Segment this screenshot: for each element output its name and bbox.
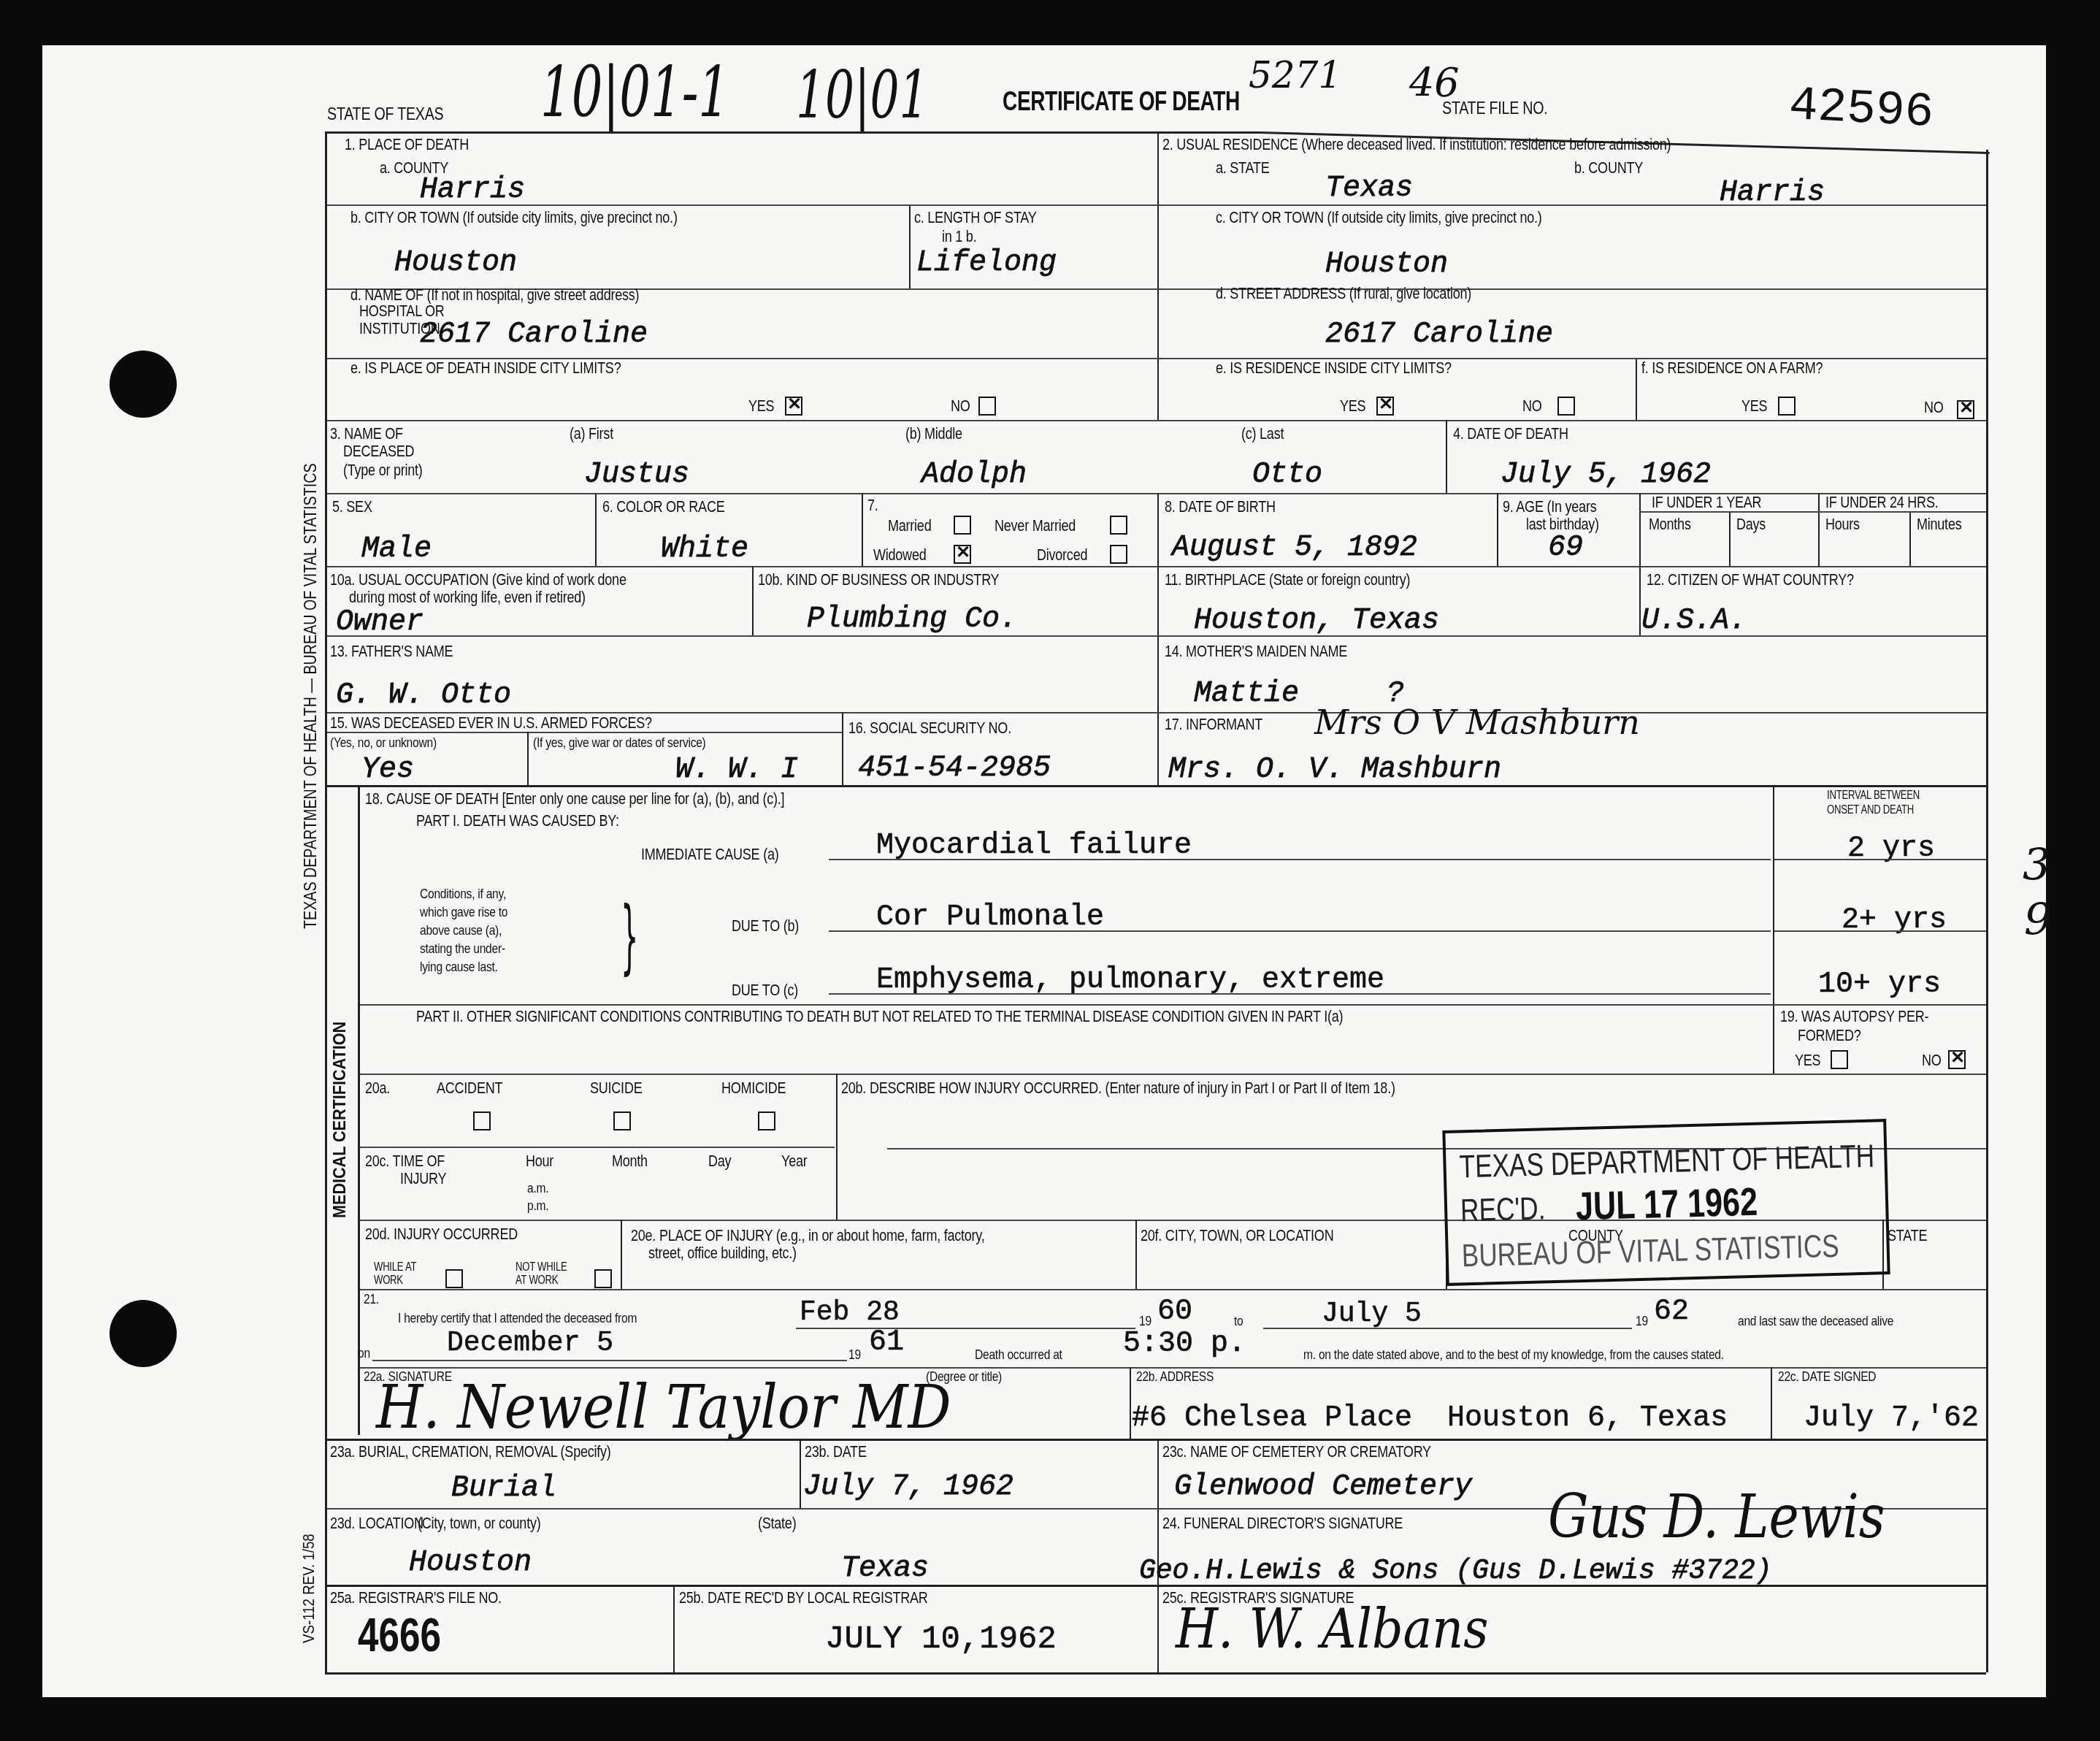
name-label-3: (Type or print) [343, 462, 423, 478]
divider [358, 785, 360, 1435]
residence-city-value: Houston [1325, 248, 1448, 281]
marital-label: 7. [867, 497, 878, 513]
divider [325, 131, 1260, 134]
divider [327, 732, 842, 733]
immediate-cause-interval: 2 yrs [1847, 833, 1935, 865]
location-city-value: Houston [409, 1547, 532, 1580]
describe-injury-label: 20b. DESCRIBE HOW INJURY OCCURRED. (Ente… [841, 1079, 1395, 1096]
time-of-injury-label: 20c. TIME OF [365, 1152, 445, 1169]
divider [372, 1360, 847, 1361]
ssn-label: 16. SOCIAL SECURITY NO. [848, 719, 1011, 736]
divider [1774, 859, 1986, 860]
place-of-death-label: 1. PLACE OF DEATH [345, 136, 469, 153]
divider [1157, 566, 1159, 785]
part1-label: PART I. DEATH WAS CAUSED BY: [416, 812, 619, 829]
pm-label: p.m. [527, 1199, 548, 1214]
divider [360, 1004, 1986, 1006]
divider [829, 859, 1771, 860]
farm-no-label: NO [1924, 399, 1944, 416]
never-married-label: Never Married [995, 517, 1076, 534]
residence-city-label: c. CITY OR TOWN (If outside city limits,… [1216, 209, 1542, 226]
divider [1771, 1367, 1772, 1439]
medical-certification-side-label: MEDICAL CERTIFICATION [330, 1022, 350, 1218]
due-to-c-value: Emphysema, pulmonary, extreme [876, 964, 1384, 997]
divider [325, 1439, 1986, 1441]
divider [325, 1585, 1986, 1587]
married-label: Married [888, 517, 931, 534]
department-side-label: TEXAS DEPARTMENT OF HEALTH — BUREAU OF V… [301, 463, 321, 929]
physician-signature: H. Newell Taylor MD [376, 1373, 951, 1442]
divider [1636, 358, 1637, 420]
registrar-signature: H. W. Albans [1176, 1598, 1488, 1661]
due-to-b-interval: 2+ yrs [1842, 904, 1947, 937]
divider [327, 204, 1986, 206]
death-occurred-label: Death occurred at [975, 1348, 1062, 1363]
last-name-label: (c) Last [1241, 425, 1284, 442]
injury-city-label: 20f. CITY, TOWN, OR LOCATION [1141, 1227, 1333, 1244]
divider [1263, 1328, 1632, 1329]
margin-note: 3 [2023, 840, 2050, 891]
date-received-label: 25b. DATE REC'D BY LOCAL REGISTRAR [679, 1589, 928, 1606]
divorced-label: Divorced [1037, 546, 1087, 563]
divider [1157, 131, 1159, 420]
divider [1135, 1220, 1137, 1289]
informant-label: 17. INFORMANT [1165, 716, 1262, 732]
conditions-note-line: above cause (a), [420, 924, 502, 938]
divider [1639, 493, 1641, 566]
cemetery-label: 23c. NAME OF CEMETERY OR CREMATORY [1162, 1443, 1431, 1460]
widowed-label: Widowed [873, 546, 926, 563]
hospital-value: 2617 Caroline [420, 318, 648, 351]
disposition-date-label: 23b. DATE [805, 1443, 867, 1460]
while-at-work-label-2: WORK [374, 1275, 403, 1287]
funeral-director-signature: Gus D. Lewis [1548, 1482, 1885, 1552]
last-saw-text: and last saw the deceased alive [1738, 1315, 1893, 1329]
industry-value: Plumbing Co. [807, 603, 1017, 636]
married-checkbox[interactable] [954, 516, 971, 535]
armed-forces-label: 15. WAS DECEASED EVER IN U.S. ARMED FORC… [330, 714, 652, 731]
month-label: Month [612, 1152, 648, 1169]
injury-occurred-label: 20d. INJURY OCCURRED [365, 1225, 518, 1242]
state-label: STATE OF TEXAS [327, 105, 444, 123]
father-value: G. W. Otto [336, 679, 511, 712]
street-value: 2617 Caroline [1325, 318, 1553, 351]
cemetery-value: Glenwood Cemetery [1174, 1471, 1472, 1504]
divider [327, 566, 1986, 567]
divider [360, 1367, 1986, 1369]
autopsy-label: 19. WAS AUTOPSY PER- [1780, 1008, 1928, 1025]
funeral-director-label: 24. FUNERAL DIRECTOR'S SIGNATURE [1162, 1515, 1403, 1531]
hospital-label-2: HOSPITAL OR [359, 302, 445, 319]
birthplace-label: 11. BIRTHPLACE (State or foreign country… [1165, 571, 1410, 588]
divider [829, 993, 1771, 995]
last-seen-year-prefix: 19 [848, 1348, 861, 1363]
first-name-value: Justus [584, 459, 689, 491]
ssn-value: 451-54-2985 [858, 752, 1051, 785]
place-of-injury-label-2: street, office building, etc.) [648, 1244, 797, 1261]
birthplace-value: Houston, Texas [1194, 605, 1439, 638]
last-name-value: Otto [1252, 459, 1322, 491]
divorced-checkbox[interactable] [1110, 545, 1127, 564]
document-title: CERTIFICATE OF DEATH [1003, 86, 1240, 117]
divider [673, 1585, 675, 1672]
length-of-stay-label: c. LENGTH OF STAY [914, 209, 1037, 226]
armed-yes-no-label: (Yes, no, or unknown) [330, 736, 437, 751]
days-label: Days [1736, 516, 1766, 532]
mother-label: 14. MOTHER'S MAIDEN NAME [1165, 643, 1347, 659]
hospital-label: d. NAME OF (If not in hospital, give str… [350, 286, 639, 303]
registrar-file-value: 4666 [358, 1608, 441, 1662]
date-of-death-label: 4. DATE OF DEATH [1453, 425, 1568, 442]
under-24-label: IF UNDER 24 HRS. [1825, 494, 1938, 510]
while-at-work-label: WHILE AT [374, 1262, 416, 1274]
time-of-injury-label-2: INJURY [400, 1170, 446, 1187]
street-label: d. STREET ADDRESS (If rural, give locati… [1216, 285, 1471, 302]
margin-note: 9 [2024, 895, 2052, 946]
industry-label: 10b. KIND OF BUSINESS OR INDUSTRY [758, 571, 999, 588]
not-while-at-work-checkbox[interactable] [594, 1269, 612, 1288]
divider [800, 1439, 801, 1508]
accident-label: ACCIDENT [437, 1079, 502, 1096]
interval-label-2: ONSET AND DEATH [1827, 805, 1914, 817]
accident-checkbox[interactable] [473, 1111, 491, 1130]
farm-no-checkbox[interactable] [1957, 400, 1974, 419]
disposition-date-value: July 7, 1962 [803, 1471, 1013, 1504]
conditions-note-line: Conditions, if any, [420, 887, 506, 902]
funeral-director-value: Geo.H.Lewis & Sons (Gus D.Lewis #3722) [1139, 1556, 1772, 1587]
death-inside-city-no-label: NO [951, 397, 970, 414]
due-to-b-value: Cor Pulmonale [876, 901, 1104, 934]
death-inside-city-yes-checkbox[interactable] [785, 397, 802, 416]
hour-label: Hour [526, 1152, 553, 1169]
divider [1639, 566, 1641, 635]
location-label: 23d. LOCATION [330, 1515, 424, 1531]
occupation-value: Owner [336, 606, 424, 639]
injury-20a-label: 20a. [365, 1079, 390, 1096]
divider [1818, 493, 1820, 566]
divider [325, 1672, 1986, 1675]
name-label-2: DECEASED [343, 443, 414, 459]
race-label: 6. COLOR OR RACE [602, 498, 724, 515]
death-city-value: Houston [394, 247, 517, 280]
citizen-label: 12. CITIZEN OF WHAT COUNTRY? [1647, 571, 1854, 588]
death-inside-city-no-checkbox[interactable] [978, 397, 996, 416]
attended-to-date: July 5 [1322, 1298, 1422, 1330]
middle-name-label: (b) Middle [905, 425, 962, 442]
to-label: to [1234, 1315, 1243, 1329]
residence-state-label: a. STATE [1216, 159, 1270, 176]
residence-county-label: b. COUNTY [1574, 159, 1643, 176]
divider [1986, 150, 1988, 1672]
part2-label: PART II. OTHER SIGNIFICANT CONDITIONS CO… [416, 1008, 1343, 1025]
attended-text: I hereby certify that I attended the dec… [398, 1312, 637, 1326]
father-label: 13. FATHER'S NAME [330, 643, 453, 659]
conditions-note-line: stating the under- [420, 942, 505, 957]
armed-forces-value: Yes [361, 754, 414, 787]
divider [1157, 493, 1159, 566]
widowed-checkbox[interactable] [954, 545, 971, 564]
age-label-2: last birthday) [1526, 516, 1599, 532]
date-of-death-value: July 5, 1962 [1501, 459, 1711, 491]
divider [1774, 930, 1986, 932]
divider [862, 493, 863, 566]
farm-label: f. IS RESIDENCE ON A FARM? [1641, 359, 1823, 376]
date-signed-label: 22c. DATE SIGNED [1778, 1370, 1876, 1385]
homicide-label: HOMICIDE [721, 1079, 786, 1096]
first-name-label: (a) First [570, 425, 613, 442]
injury-state-label: STATE [1888, 1227, 1927, 1244]
year-label: Year [781, 1152, 807, 1169]
on-label: on [358, 1347, 370, 1361]
while-at-work-checkbox[interactable] [445, 1269, 463, 1288]
sex-label: 5. SEX [332, 498, 372, 515]
length-of-stay-value: Lifelong [916, 247, 1057, 280]
from-year-prefix: 19 [1139, 1315, 1151, 1329]
residence-inside-city-yes-label: YES [1340, 397, 1365, 414]
disposition-method-label: 23a. BURIAL, CREMATION, REMOVAL (Specify… [330, 1443, 611, 1460]
handwritten-code-2: 10|01 [796, 57, 929, 134]
divider [1639, 511, 1986, 513]
hours-label: Hours [1825, 516, 1860, 532]
stamp-line-2-prefix: REC'D. [1460, 1190, 1547, 1229]
not-while-at-work-label: NOT WHILE [516, 1262, 567, 1274]
handwritten-code-1: 10|01-1 [540, 51, 729, 133]
handwritten-code-3: 5271 [1249, 54, 1341, 96]
last-seen-year: 61 [869, 1326, 904, 1359]
certification-21-label: 21. [364, 1293, 379, 1307]
certification-end-text: m. on the date stated above, and to the … [1303, 1348, 1724, 1363]
punch-hole [110, 1300, 177, 1367]
conditions-note-line: lying cause last. [420, 960, 498, 975]
middle-name-value: Adolph [921, 459, 1027, 491]
residence-inside-city-no-label: NO [1522, 397, 1542, 414]
divider [325, 785, 1986, 787]
occupation-label-2: during most of working life, even if ret… [349, 589, 586, 605]
address-value: #6 Chelsea Place Houston 6, Texas [1132, 1402, 1728, 1435]
length-of-stay-label-2: in 1 b. [942, 228, 976, 245]
autopsy-yes-label: YES [1795, 1052, 1820, 1068]
usual-residence-label: 2. USUAL RESIDENCE (Where deceased lived… [1162, 136, 1671, 153]
date-signed-value: July 7,'62 [1804, 1402, 1979, 1435]
armed-war-value: W. W. I [675, 754, 798, 787]
immediate-cause-value: Myocardial failure [876, 830, 1192, 862]
registrar-file-label: 25a. REGISTRAR'S FILE NO. [330, 1589, 502, 1606]
stamp-line-1: TEXAS DEPARTMENT OF HEALTH [1459, 1139, 1875, 1186]
place-of-injury-label: 20e. PLACE OF INJURY (e.g., in or about … [631, 1227, 985, 1244]
due-to-c-label: DUE TO (c) [732, 982, 798, 998]
autopsy-yes-checkbox[interactable] [1831, 1050, 1848, 1069]
day-label: Day [708, 1152, 731, 1169]
informant-value: Mrs. O. V. Mashburn [1168, 754, 1501, 787]
death-time-value: 5:30 p. [1123, 1328, 1246, 1361]
armed-war-label: (If yes, give war or dates of service) [533, 736, 706, 751]
autopsy-no-checkbox[interactable] [1948, 1050, 1966, 1069]
age-value: 69 [1548, 532, 1583, 565]
occupation-label: 10a. USUAL OCCUPATION (Give kind of work… [330, 571, 626, 588]
divider [360, 1147, 835, 1148]
autopsy-label-2: FORMED? [1798, 1027, 1861, 1044]
disposition-method-value: Burial [451, 1472, 556, 1505]
death-city-label: b. CITY OR TOWN (If outside city limits,… [350, 209, 678, 226]
divider [752, 566, 754, 635]
residence-inside-city-no-checkbox[interactable] [1557, 397, 1575, 416]
divider [1773, 785, 1774, 1074]
not-while-at-work-label-2: AT WORK [516, 1275, 558, 1287]
stamp-line-3: BUREAU OF VITAL STATISTICS [1461, 1228, 1839, 1275]
residence-inside-city-yes-checkbox[interactable] [1376, 397, 1394, 416]
immediate-cause-label: IMMEDIATE CAUSE (a) [641, 846, 778, 862]
residence-inside-city-label: e. IS RESIDENCE INSIDE CITY LIMITS? [1216, 359, 1452, 376]
dob-value: August 5, 1892 [1172, 532, 1417, 565]
minutes-label: Minutes [1917, 516, 1961, 532]
farm-yes-label: YES [1741, 397, 1767, 414]
divider [909, 204, 911, 288]
divider [836, 1074, 838, 1220]
stamp-received-date: JUL 17 1962 [1575, 1179, 1758, 1229]
state-file-number: 42596 [1787, 78, 1935, 140]
to-year-prefix: 19 [1636, 1315, 1648, 1329]
sex-value: Male [361, 533, 432, 566]
due-to-b-label: DUE TO (b) [732, 917, 799, 934]
divider [595, 493, 597, 566]
divider [360, 1074, 1986, 1075]
residence-state-value: Texas [1325, 172, 1413, 205]
conditions-note-line: which gave rise to [420, 906, 507, 920]
citizen-value: U.S.A. [1641, 605, 1747, 638]
autopsy-no-label: NO [1922, 1052, 1942, 1068]
brace-icon: } [621, 889, 639, 983]
informant-signature: Mrs O V Mashburn [1314, 703, 1640, 742]
death-inside-city-yes-label: YES [748, 397, 774, 414]
divider [796, 1328, 1135, 1329]
divider [325, 131, 327, 1672]
divider [1497, 493, 1498, 566]
divider [327, 420, 1986, 421]
divider [1130, 1367, 1131, 1439]
under-1-year-label: IF UNDER 1 YEAR [1652, 494, 1761, 510]
dob-label: 8. DATE OF BIRTH [1165, 498, 1276, 515]
death-county-value: Harris [420, 174, 525, 207]
received-stamp: TEXAS DEPARTMENT OF HEALTH REC'D. JUL 17… [1442, 1119, 1890, 1286]
divider [527, 732, 529, 785]
last-seen-date: December 5 [447, 1328, 613, 1359]
divider [1909, 511, 1911, 566]
location-state-value: Texas [841, 1553, 929, 1585]
race-value: White [661, 533, 748, 566]
form-revision-label: VS-112 REV. 1/58 [299, 1534, 318, 1643]
attended-from-date: Feb 28 [800, 1297, 900, 1328]
state-file-label: STATE FILE NO. [1442, 99, 1548, 118]
divider [621, 1220, 622, 1289]
am-label: a.m. [527, 1182, 548, 1196]
interval-label: INTERVAL BETWEEN [1827, 790, 1920, 803]
punch-hole [110, 351, 177, 418]
cause-of-death-label: 18. CAUSE OF DEATH [Enter only one cause… [365, 790, 784, 807]
name-label: 3. NAME OF [330, 425, 403, 442]
death-inside-city-label: e. IS PLACE OF DEATH INSIDE CITY LIMITS? [350, 359, 621, 376]
divider [360, 1289, 1986, 1290]
divider [327, 635, 1986, 637]
address-label: 22b. ADDRESS [1136, 1370, 1214, 1385]
divider [1729, 511, 1731, 566]
divider [1446, 420, 1447, 493]
attended-to-year: 62 [1654, 1296, 1689, 1328]
attended-from-year: 60 [1157, 1296, 1192, 1328]
date-received-value: JULY 10,1962 [825, 1621, 1057, 1658]
months-label: Months [1649, 516, 1691, 532]
suicide-checkbox[interactable] [613, 1111, 631, 1130]
divider [842, 712, 843, 785]
suicide-label: SUICIDE [590, 1079, 642, 1096]
divider [829, 930, 1771, 932]
due-to-c-interval: 10+ yrs [1818, 968, 1941, 1001]
location-state-label: (State) [758, 1515, 796, 1531]
location-city-label: (City, town, or county) [418, 1515, 540, 1531]
farm-yes-checkbox[interactable] [1778, 397, 1796, 416]
homicide-checkbox[interactable] [758, 1111, 775, 1130]
never-married-checkbox[interactable] [1110, 516, 1127, 535]
age-label: 9. AGE (In years [1503, 498, 1596, 515]
